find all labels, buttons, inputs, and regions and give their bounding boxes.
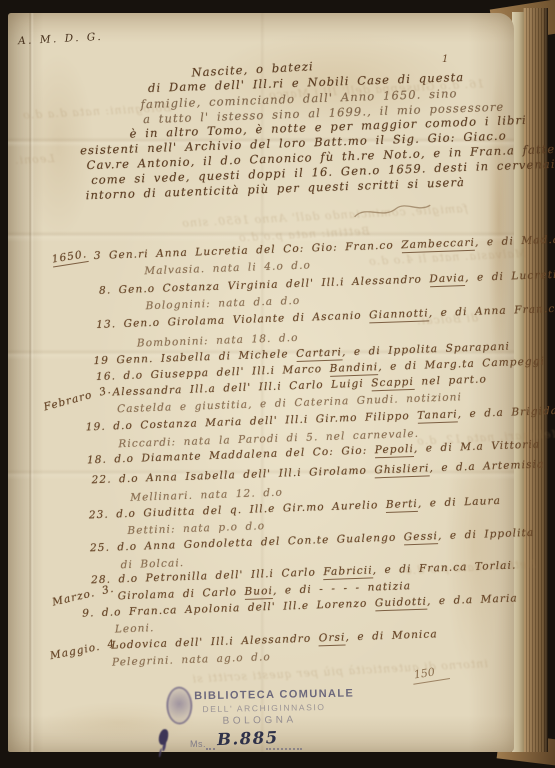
entry-month-label: Febraro 3. — [42, 384, 112, 414]
register-entry: Bolognini: nata d.a d.o — [145, 295, 300, 312]
family-name-underlined: Zambeccari — [401, 237, 475, 254]
register-entry: Leoni. — [115, 622, 155, 635]
family-name-underlined: Ghislieri — [374, 462, 430, 478]
entry-text: , e d.a Maria — [427, 592, 518, 607]
register-entry: Pelegrini. nata ag.o d.o — [112, 651, 271, 669]
entry-text: , e di Fran.ca Torlai. — [372, 559, 516, 576]
entry-text: Girolama di Carlo — [118, 586, 245, 602]
family-name-underlined: Orsi — [319, 631, 346, 646]
entry-text: 13. Gen.o Girolama Violante di Ascanio — [96, 309, 369, 331]
title-block: Nascite, o batezi di Dame dell' Ill.ri e… — [0, 0, 499, 15]
register-entry: Malvasia. nata li 4.o d.o — [144, 259, 311, 277]
register-entry: Bettini: nata p.o d.o — [127, 520, 265, 537]
stamp-emblem-icon — [166, 686, 193, 724]
family-name-underlined: Scappi — [371, 376, 414, 391]
family-name-underlined: Guidotti — [375, 596, 428, 612]
family-name-underlined: Giannotti — [369, 307, 429, 323]
family-name-underlined: Bandini — [329, 361, 378, 377]
shelfmark-number: B.885 — [217, 728, 279, 749]
family-name-underlined: Fabricii — [323, 564, 373, 580]
family-name-underlined: Tanari — [417, 408, 458, 423]
pen-flourish — [352, 198, 433, 225]
shelfmark-label: Ms. — [190, 739, 206, 749]
register-entries: 1650. Febraro 3. Marzo. 3. Maggio. 4. 3 … — [0, 0, 499, 15]
entry-text: , e di Mad.a Maria — [475, 232, 555, 249]
register-entry: 3 Gen.ri Anna Lucretia del Co: Gio: Fran… — [94, 232, 555, 262]
entry-text: 22. d.o Anna Isabella dell' Ill.i Girola… — [91, 464, 374, 486]
register-entry: Lodovica dell' Ill.i Alessandro Orsi, e … — [111, 628, 438, 651]
register-entry: Mellinari. nata 12. d.o — [130, 487, 283, 504]
stamp-line: DELL' ARCHIGINNASIO — [202, 702, 325, 714]
entry-text: Malvasia. nata li 4.o d.o — [144, 259, 311, 277]
entry-text: Pelegrini. nata ag.o d.o — [112, 651, 271, 669]
register-entry: Bombonini: nata 18. d.o — [137, 332, 299, 350]
entry-text: , e di Monica — [345, 628, 438, 643]
entry-text: Leoni. — [115, 622, 155, 635]
entry-text: Mellinari. nata 12. d.o — [130, 487, 283, 504]
dotted-leader — [266, 748, 302, 750]
family-name-underlined: Cartari — [296, 346, 342, 362]
family-name-underlined: Buoi — [244, 585, 273, 600]
manuscript-photo: 16. d.o Giuseppa dell' Ill.i Marco Bolog… — [0, 0, 555, 768]
entry-text: , e di Ippolita Sparapani — [342, 341, 510, 359]
entry-text: , e di - - - - natizia — [273, 580, 411, 597]
entry-text: , e di Laura — [418, 495, 501, 510]
entry-text: 3 Gen.ri Anna Lucretia del Co: Gio: Fran… — [94, 239, 402, 262]
entry-year-label: 1650. — [51, 248, 88, 267]
entry-text: Bettini: nata p.o d.o — [127, 520, 265, 537]
entry-text: Bombonini: nata 18. d.o — [137, 332, 299, 350]
stamp-line: BOLOGNA — [223, 715, 297, 727]
entry-month-label: Marzo. 3. — [51, 583, 115, 609]
manuscript-page: 16. d.o Giuseppa dell' Ill.i Marco Bolog… — [8, 13, 514, 752]
family-name-underlined: Berti — [386, 498, 419, 513]
entry-month-label: Maggio. 4. — [49, 637, 121, 662]
family-name-underlined: Davia — [429, 272, 465, 287]
entry-text: di Bolcai. — [120, 557, 184, 571]
entry-text: Lodovica dell' Ill.i Alessandro — [111, 632, 319, 651]
entry-text: nel part.o — [414, 373, 487, 388]
family-name-underlined: Pepoli — [375, 443, 415, 458]
register-entry: di Bolcai. — [120, 557, 184, 571]
entry-text: Bolognini: nata d.a d.o — [145, 295, 300, 312]
family-name-underlined: Gessi — [404, 530, 439, 545]
dotted-leader — [206, 748, 215, 750]
